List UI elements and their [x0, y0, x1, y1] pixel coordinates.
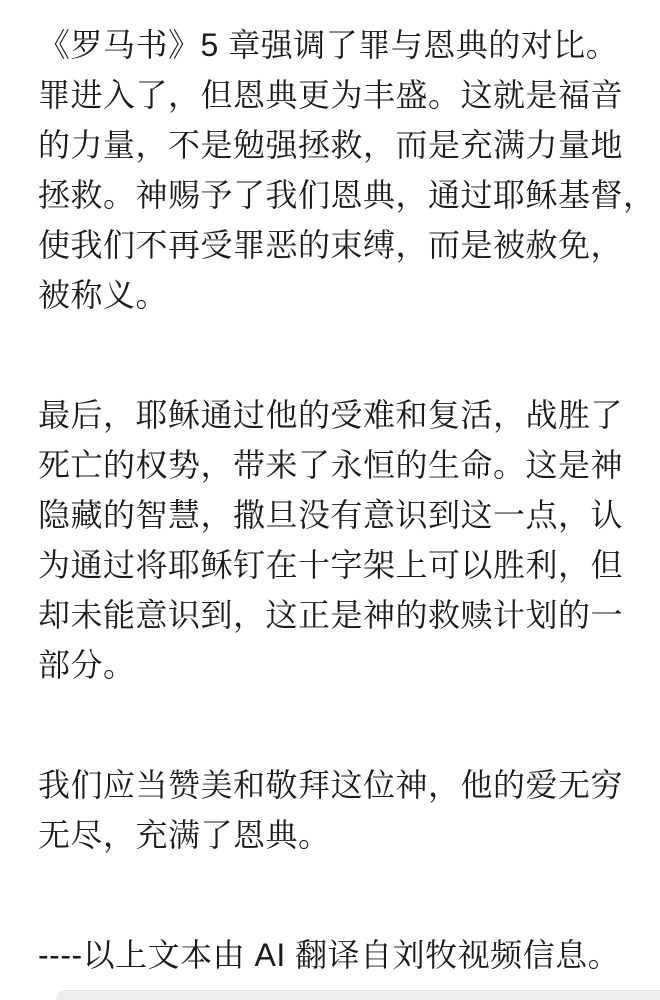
text-line: 《罗马书》5 章强调了罪与恩典的对比。 — [38, 20, 632, 70]
text-line: 被称义。 — [38, 270, 632, 320]
text-content: 《罗马书》5 章强调了罪与恩典的对比。 罪进入了，但恩典更为丰盛。这就是福音 的… — [0, 0, 660, 980]
paragraph-praise: 我们应当赞美和敬拜这位神，他的爱无穷 无尽，充满了恩典。 — [38, 760, 632, 860]
text-line: ----以上文本由 AI 翻译自刘牧视频信息。 — [38, 930, 632, 980]
bottom-bar[interactable] — [56, 990, 660, 1000]
text-line: 罪进入了，但恩典更为丰盛。这就是福音 — [38, 70, 632, 120]
text-line: 使我们不再受罪恶的束缚，而是被赦免， — [38, 220, 632, 270]
text-line: 最后，耶稣通过他的受难和复活，战胜了 — [38, 390, 632, 440]
text-line: 却未能意识到，这正是神的救赎计划的一 — [38, 590, 632, 640]
text-line: 无尽，充满了恩典。 — [38, 810, 632, 860]
text-line: 我们应当赞美和敬拜这位神，他的爱无穷 — [38, 760, 632, 810]
text-line: 死亡的权势，带来了永恒的生命。这是神 — [38, 440, 632, 490]
paragraph-grace-vs-sin: 《罗马书》5 章强调了罪与恩典的对比。 罪进入了，但恩典更为丰盛。这就是福音 的… — [38, 20, 632, 320]
text-line: 为通过将耶稣钉在十字架上可以胜利，但 — [38, 540, 632, 590]
text-line: 部分。 — [38, 640, 632, 690]
paragraph-resurrection-victory: 最后，耶稣通过他的受难和复活，战胜了 死亡的权势，带来了永恒的生命。这是神 隐藏… — [38, 390, 632, 690]
attribution-note: ----以上文本由 AI 翻译自刘牧视频信息。 — [38, 930, 632, 980]
text-line: 隐藏的智慧，撒旦没有意识到这一点，认 — [38, 490, 632, 540]
text-line: 的力量，不是勉强拯救，而是充满力量地 — [38, 120, 632, 170]
text-line: 拯救。神赐予了我们恩典，通过耶稣基督， — [38, 170, 632, 220]
